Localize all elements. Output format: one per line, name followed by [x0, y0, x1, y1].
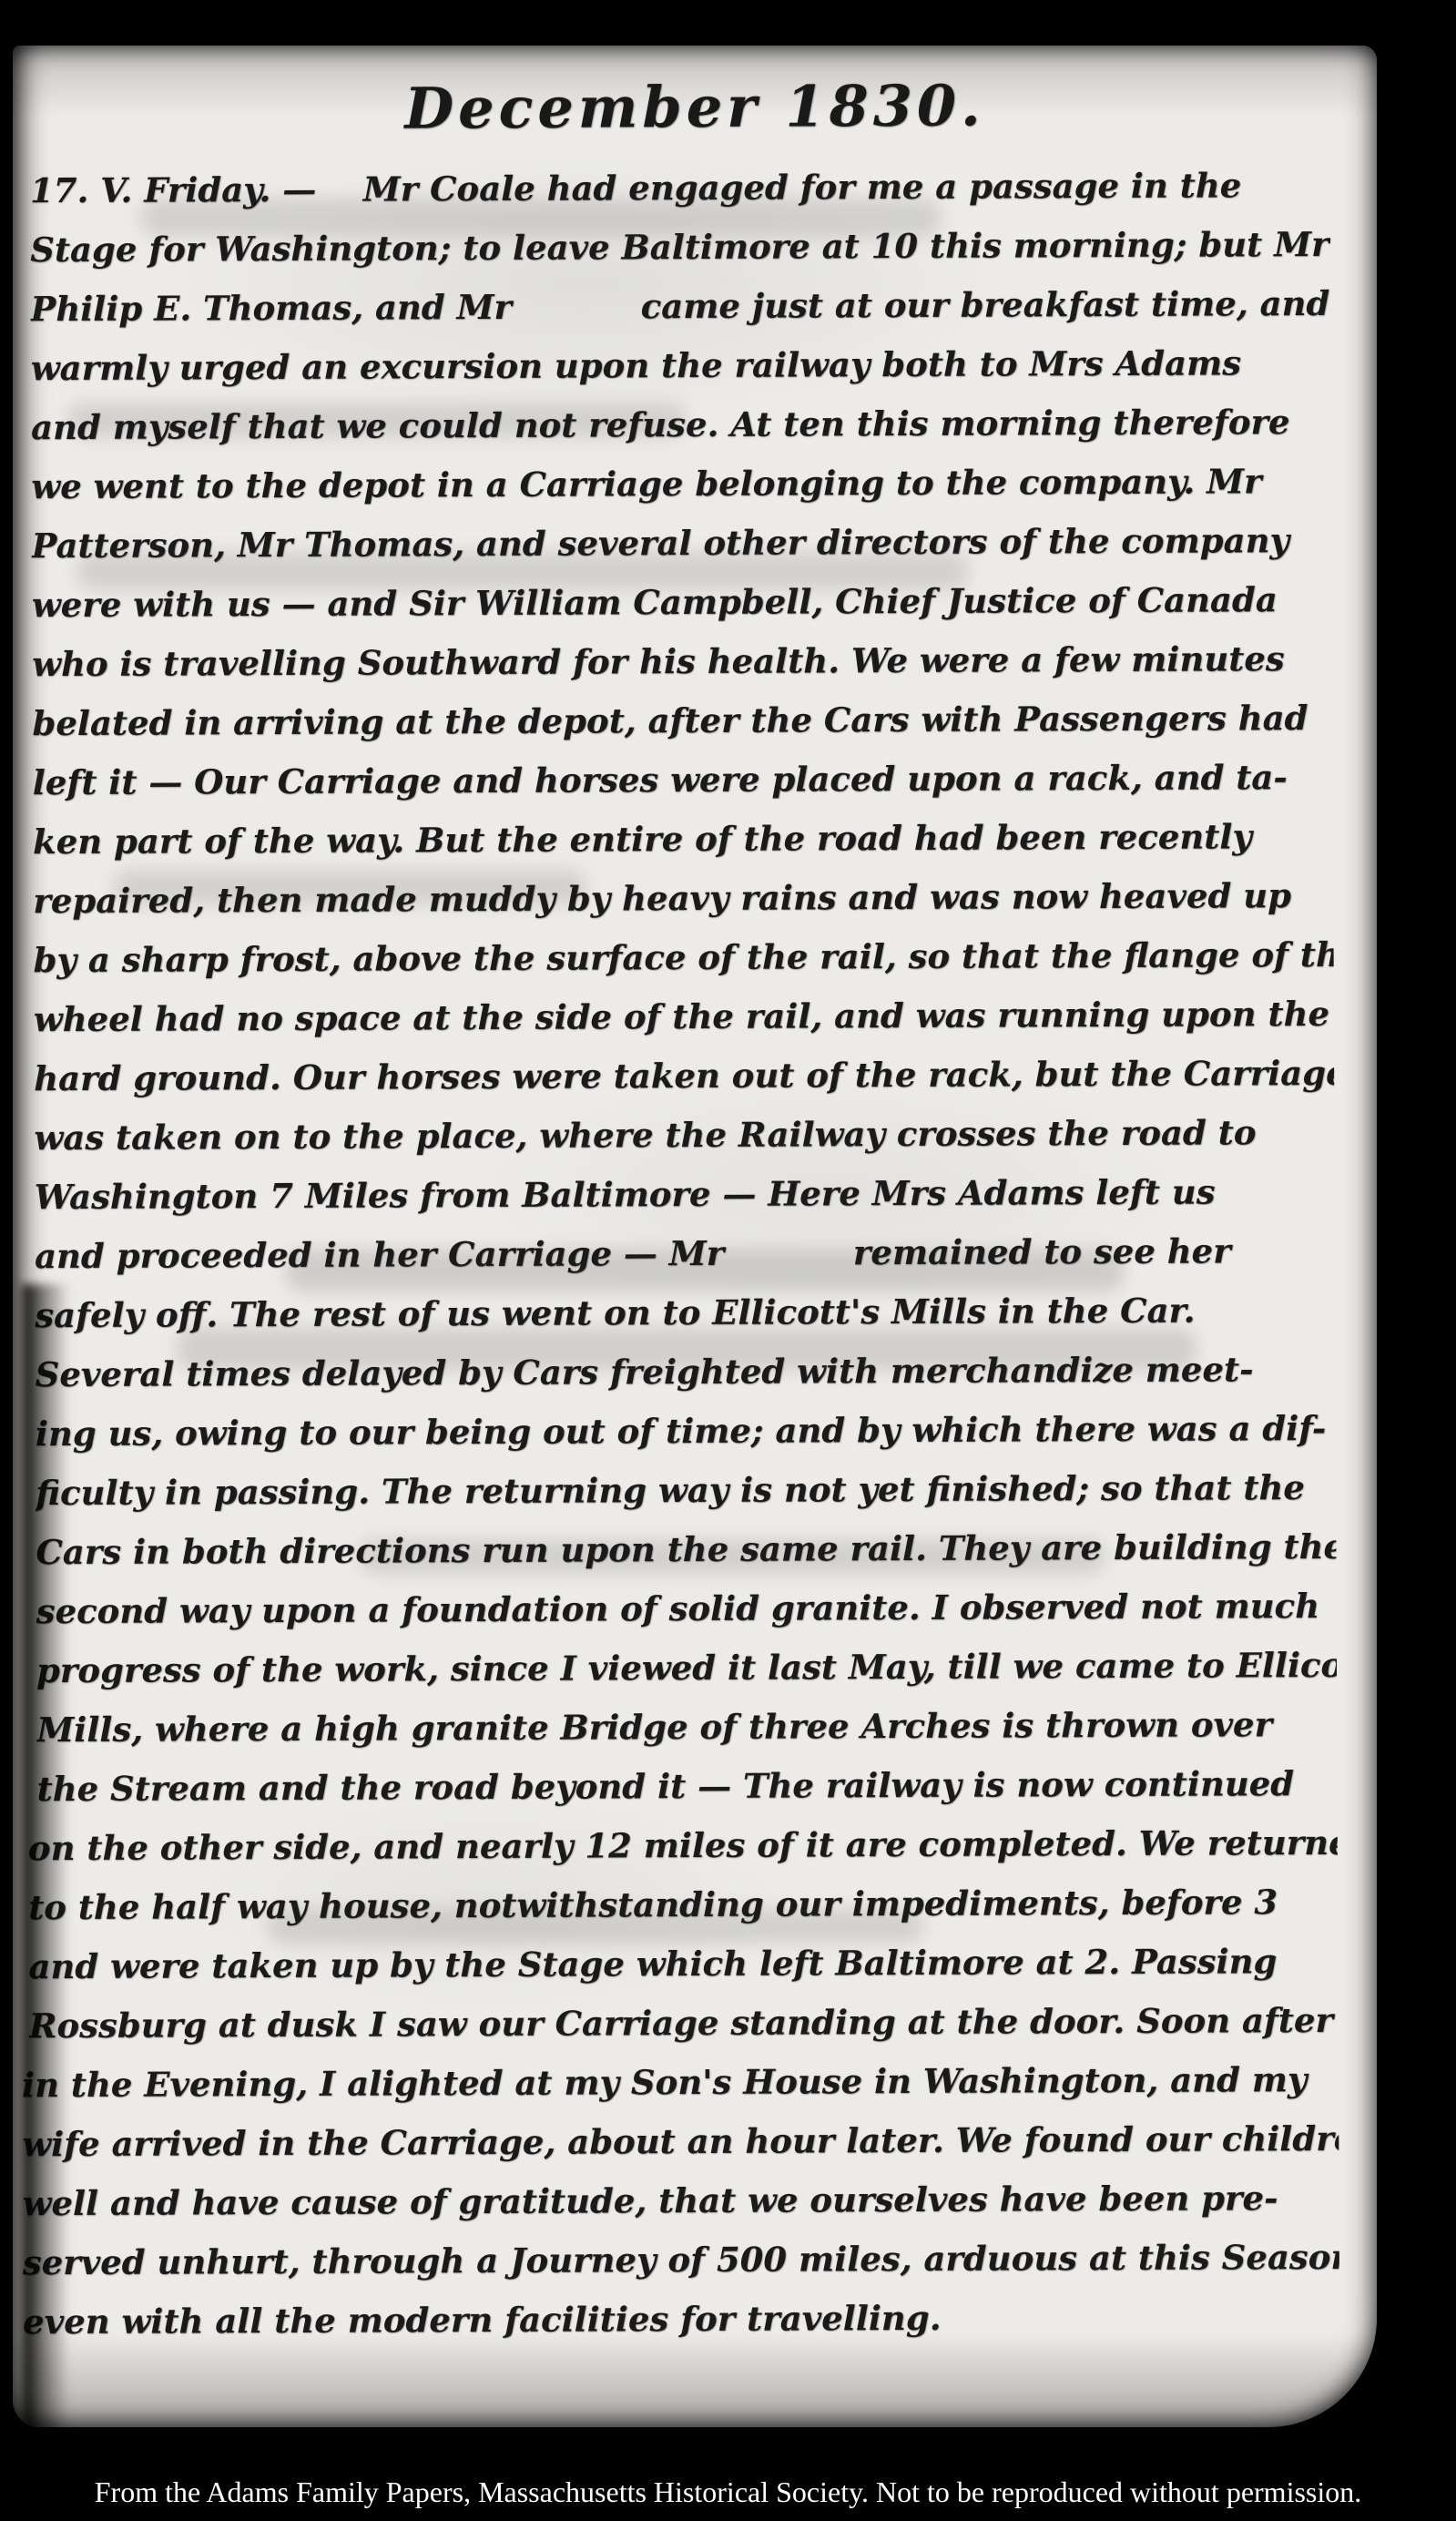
manuscript-line: wife arrived in the Carriage, about an h…	[22, 2109, 1339, 2174]
entry-date-header: December 1830.	[13, 62, 1377, 153]
manuscript-line: hard ground. Our horses were taken out o…	[34, 1044, 1334, 1108]
manuscript-line: ficulty in passing. The returning way is…	[36, 1458, 1336, 1523]
manuscript-line: repaired, then made muddy by heavy rains…	[33, 866, 1333, 931]
manuscript-line: Philip E. Thomas, and Mr came just at ou…	[30, 274, 1330, 339]
manuscript-line: were with us — and Sir William Campbell,…	[32, 570, 1332, 635]
manuscript-line: Cars in both directions run upon the sam…	[36, 1517, 1336, 1582]
manuscript-line: Several times delayed by Cars freighted …	[35, 1340, 1335, 1404]
manuscript-line: on the other side, and nearly 12 miles o…	[28, 1813, 1338, 1878]
manuscript-line: Washington 7 Miles from Baltimore — Here…	[35, 1162, 1335, 1227]
journal-page: December 1830. 17. V. Friday. — Mr Coale…	[13, 46, 1377, 2427]
manuscript-line: in the Evening, I alighted at my Son's H…	[22, 2050, 1339, 2115]
manuscript-text: 17. V. Friday. — Mr Coale had engaged fo…	[13, 152, 1377, 2353]
manuscript-line: and myself that we could not refuse. At …	[31, 393, 1331, 457]
manuscript-line: Patterson, Mr Thomas, and several other …	[31, 511, 1331, 576]
manuscript-line: even with all the modern facilities for …	[23, 2287, 1339, 2352]
manuscript-line: and were taken up by the Stage which lef…	[28, 1932, 1338, 1996]
manuscript-line: 17. V. Friday. — Mr Coale had engaged fo…	[30, 156, 1330, 220]
manuscript-line: Mills, where a high granite Bridge of th…	[36, 1695, 1337, 1760]
manuscript-line: wheel had no space at the side of the ra…	[34, 985, 1334, 1049]
manuscript-line: progress of the work, since I viewed it …	[36, 1636, 1337, 1700]
manuscript-line: left it — Our Carriage and horses were p…	[33, 748, 1333, 812]
manuscript-line: well and have cause of gratitude, that w…	[22, 2169, 1339, 2233]
manuscript-line: to the half way house, notwithstanding o…	[28, 1873, 1338, 1937]
archive-caption: From the Adams Family Papers, Massachuse…	[0, 2470, 1456, 2514]
manuscript-line: ing us, owing to our being out of time; …	[36, 1399, 1336, 1464]
manuscript-line: safely off. The rest of us went on to El…	[35, 1281, 1335, 1345]
manuscript-line: who is travelling Southward for his heal…	[32, 629, 1332, 694]
manuscript-line: second way upon a foundation of solid gr…	[36, 1577, 1337, 1641]
binding-shadow	[22, 1284, 69, 2427]
manuscript-line: we went to the depot in a Carriage belon…	[31, 452, 1331, 516]
scan-frame: December 1830. 17. V. Friday. — Mr Coale…	[0, 0, 1456, 2521]
manuscript-line: was taken on to the place, where the Rai…	[34, 1103, 1334, 1168]
manuscript-line: the Stream and the road beyond it — The …	[36, 1754, 1337, 1819]
manuscript-line: Rossburg at dusk I saw our Carriage stan…	[29, 1991, 1339, 2056]
manuscript-line: served unhurt, through a Journey of 500 …	[23, 2228, 1339, 2292]
manuscript-line: Stage for Washington; to leave Baltimore…	[30, 215, 1330, 280]
manuscript-line: and proceeded in her Carriage — Mr remai…	[35, 1221, 1335, 1286]
manuscript-line: ken part of the way. But the entire of t…	[33, 807, 1333, 872]
manuscript-line: by a sharp frost, above the surface of t…	[33, 925, 1333, 990]
manuscript-line: warmly urged an excursion upon the railw…	[31, 333, 1331, 398]
manuscript-line: belated in arriving at the depot, after …	[32, 689, 1332, 753]
